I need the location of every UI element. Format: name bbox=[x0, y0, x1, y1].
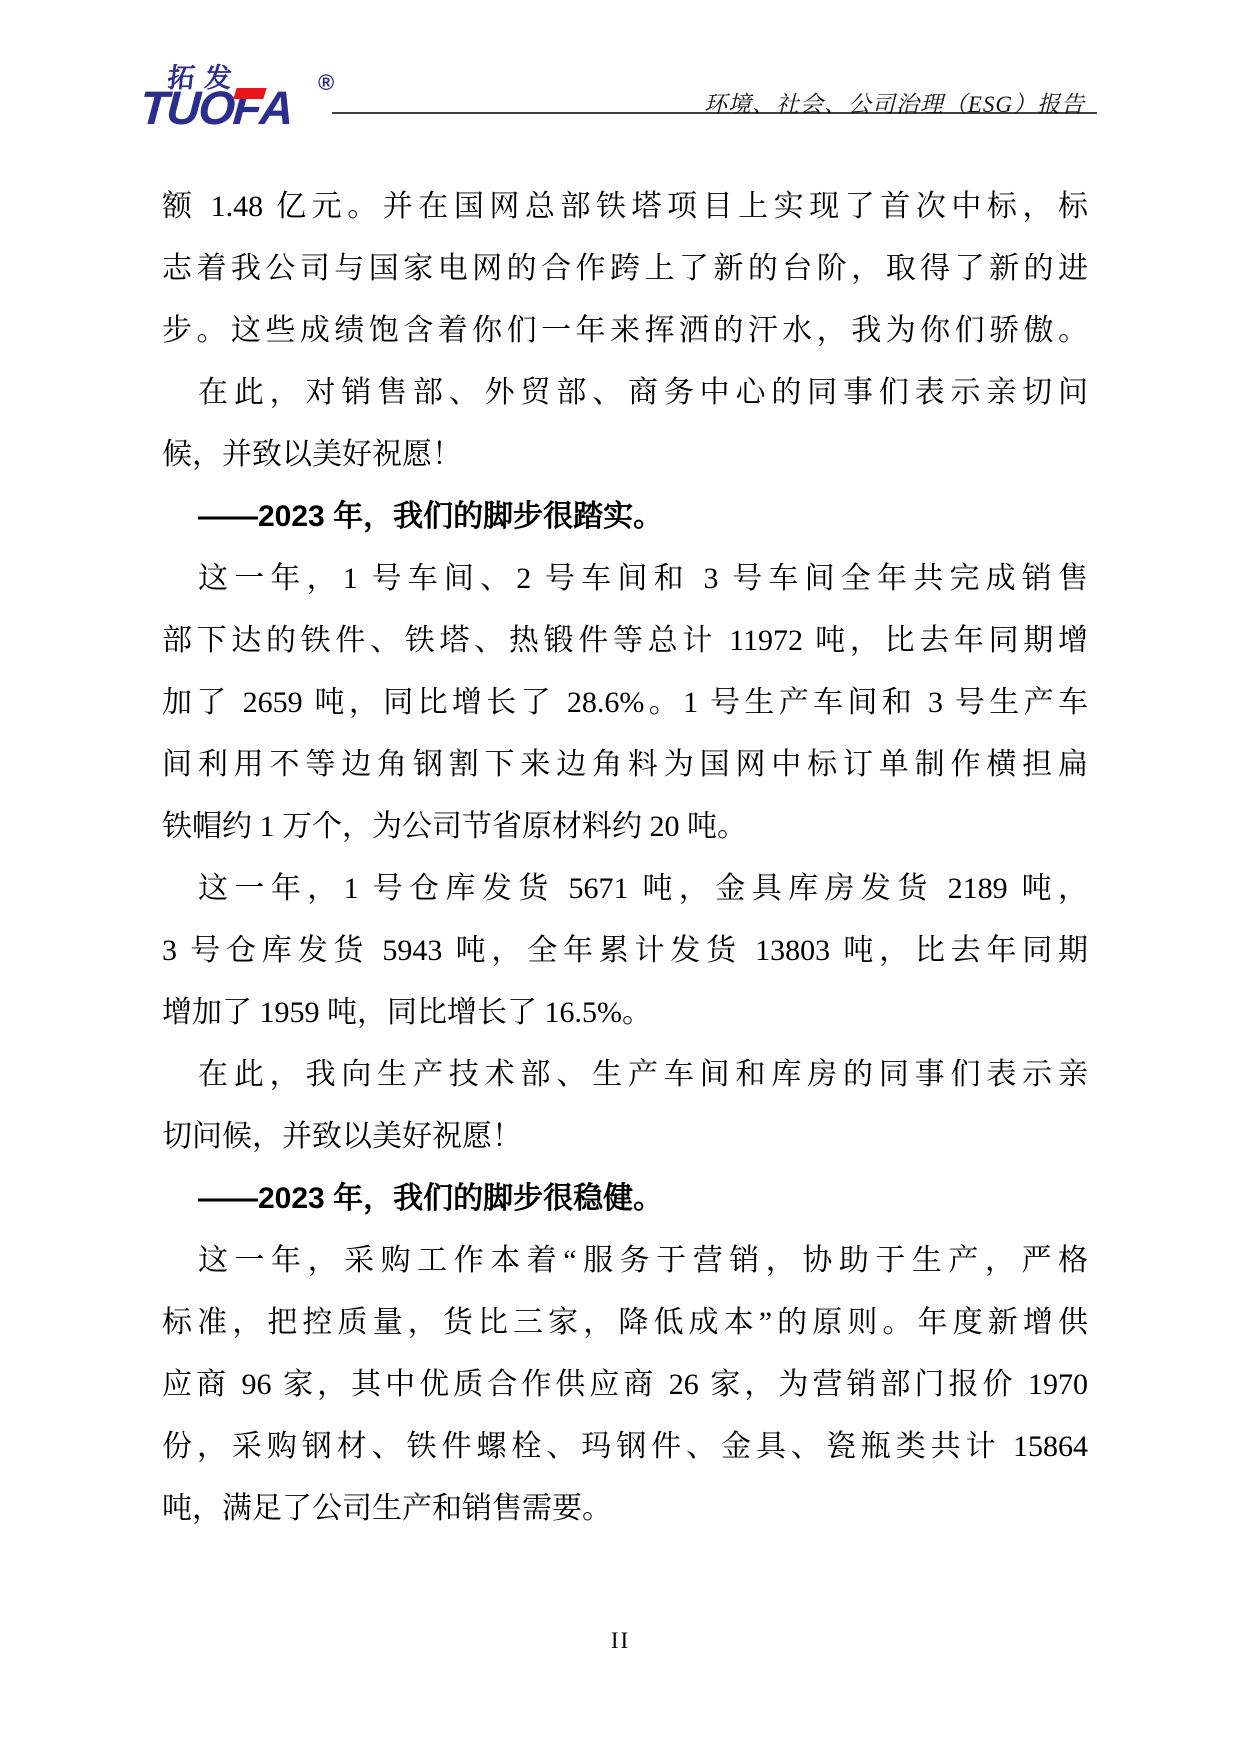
body-line: 应商 96 家，其中优质合作供应商 26 家，为营销部门报价 1970 bbox=[162, 1354, 1088, 1416]
body-line: 志着我公司与国家电网的合作跨上了新的台阶，取得了新的进 bbox=[162, 238, 1088, 300]
report-title: 环境、社会、公司治理（ESG）报告 bbox=[704, 86, 1085, 119]
body-line: 份，采购钢材、铁件螺栓、玛钢件、金具、瓷瓶类共计 15864 bbox=[162, 1416, 1088, 1478]
body-line: 铁帽约 1 万个，为公司节省原材料约 20 吨。 bbox=[162, 796, 1088, 858]
body-line: 增加了 1959 吨，同比增长了 16.5%。 bbox=[162, 982, 1088, 1044]
registered-trademark-icon: ® bbox=[318, 70, 334, 96]
body-line: 加了 2659 吨，同比增长了 28.6%。1 号生产车间和 3 号生产车 bbox=[162, 672, 1088, 734]
logo-wordmark-f: F bbox=[232, 84, 262, 131]
body-line: 步。这些成绩饱含着你们一年来挥洒的汗水，我为你们骄傲。 bbox=[162, 300, 1088, 362]
body-line: 这一年，采购工作本着“服务于营销，协助于生产，严格 bbox=[162, 1230, 1088, 1292]
company-logo: TUOFA bbox=[138, 84, 293, 131]
body-line: 切问候，并致以美好祝愿！ bbox=[162, 1106, 1088, 1168]
section-heading: ——2023 年，我们的脚步很踏实。 bbox=[162, 486, 1088, 548]
body-text: 额 1.48 亿元。并在国网总部铁塔项目上实现了首次中标，标 志着我公司与国家电… bbox=[162, 176, 1088, 1540]
body-line: 在此，我向生产技术部、生产车间和库房的同事们表示亲 bbox=[162, 1044, 1088, 1106]
body-line: 标准，把控质量，货比三家，降低成本”的原则。年度新增供 bbox=[162, 1292, 1088, 1354]
body-line: 部下达的铁件、铁塔、热锻件等总计 11972 吨，比去年同期增 bbox=[162, 610, 1088, 672]
body-line: 间利用不等边角钢割下来边角料为国网中标订单制作横担扁 bbox=[162, 734, 1088, 796]
body-line: 这一年，1 号车间、2 号车间和 3 号车间全年共完成销售 bbox=[162, 548, 1088, 610]
body-line: 3 号仓库发货 5943 吨，全年累计发货 13803 吨，比去年同期 bbox=[162, 920, 1088, 982]
body-line: 额 1.48 亿元。并在国网总部铁塔项目上实现了首次中标，标 bbox=[162, 176, 1088, 238]
document-page: 拓发 TUOFA ® 环境、社会、公司治理（ESG）报告 额 1.48 亿元。并… bbox=[0, 0, 1241, 1754]
section-heading: ——2023 年，我们的脚步很稳健。 bbox=[162, 1168, 1088, 1230]
body-line: 候，并致以美好祝愿！ bbox=[162, 424, 1088, 486]
logo-wordmark-tuo: TUO bbox=[138, 81, 235, 134]
logo-f-red-bar bbox=[233, 88, 267, 99]
page-number: II bbox=[0, 1628, 1241, 1654]
body-line: 这一年，1 号仓库发货 5671 吨，金具库房发货 2189 吨， bbox=[162, 858, 1088, 920]
body-line: 吨，满足了公司生产和销售需要。 bbox=[162, 1478, 1088, 1540]
body-line: 在此，对销售部、外贸部、商务中心的同事们表示亲切问 bbox=[162, 362, 1088, 424]
